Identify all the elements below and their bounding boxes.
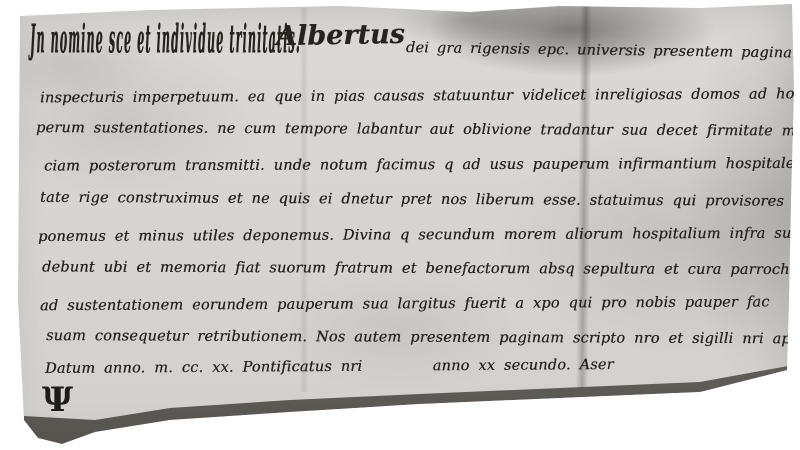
manuscript-dating-line: Datum anno. m. cc. xx. Pontificatus nri …: [45, 357, 614, 377]
manuscript-line: tate rige construximus et ne quis ei dne…: [40, 190, 800, 210]
manuscript-line: inspecturis imperpetuum. ea que in pias …: [40, 86, 800, 107]
charter-photo-stage: Jn nomine sce et individue trinitatis. A…: [0, 0, 800, 450]
manuscript-line: ponemus et minus utiles deponemus. Divin…: [38, 225, 800, 245]
manuscript-initial-word: Albertus: [276, 19, 405, 52]
manuscript-line: suam consequetur retributionem. Nos aute…: [46, 328, 800, 348]
parchment-photo: Jn nomine sce et individue trinitatis. A…: [0, 0, 800, 450]
manuscript-line: perum sustentationes. ne cum tempore lab…: [36, 120, 800, 140]
chrismon-mark-icon: Ψ: [42, 380, 73, 420]
manuscript-heading-continuation: dei gra rigensis epc. universis presente…: [406, 40, 800, 62]
manuscript-line: ciam posterorum transmitti. unde notum f…: [44, 156, 800, 175]
manuscript-invocation-line: Jn nomine sce et individue trinitatis.: [30, 16, 301, 63]
manuscript-line: ad sustentationem eorundem pauperum sua …: [40, 294, 800, 314]
parchment-bottom-edge-shadow: [0, 0, 800, 450]
manuscript-line: debunt ubi et memoria fiat suorum fratru…: [42, 259, 800, 278]
